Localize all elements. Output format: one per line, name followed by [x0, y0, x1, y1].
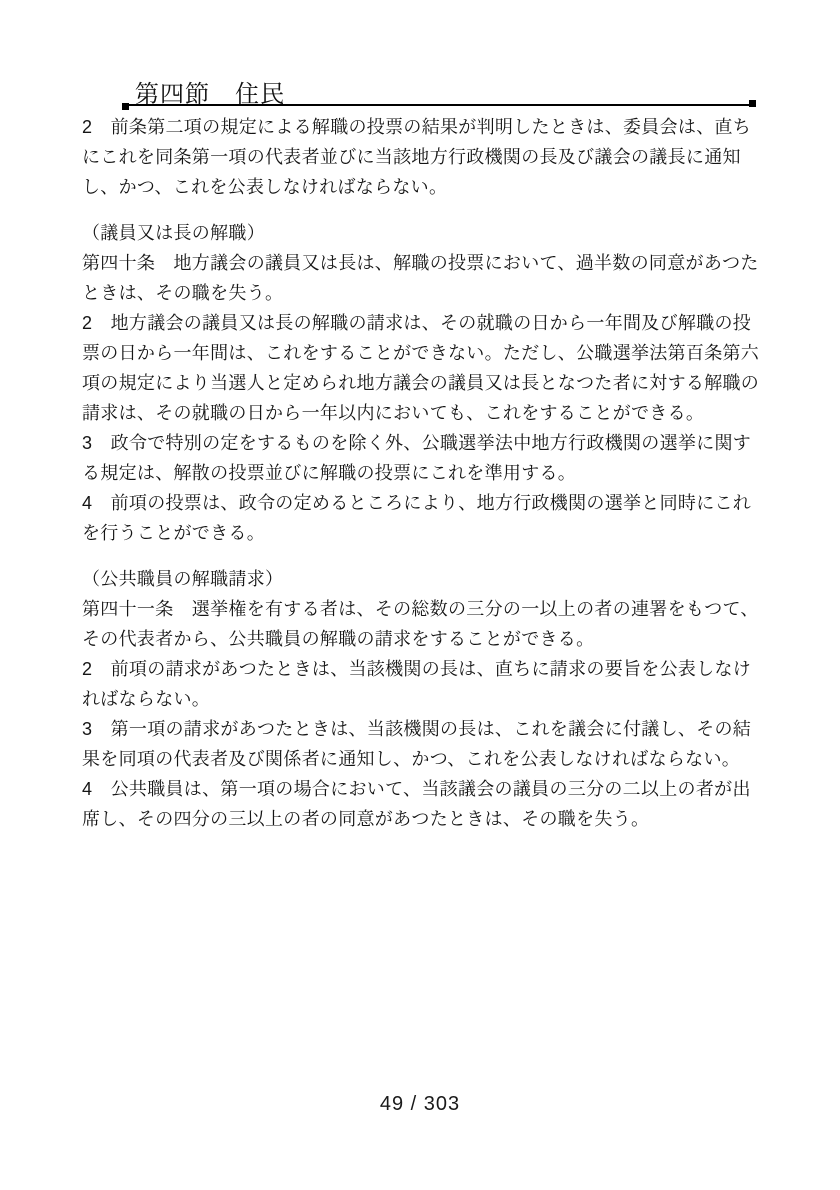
page-footer: 49 / 303: [0, 1093, 840, 1116]
heading-underline: [127, 104, 756, 106]
article-subheading: （公共職員の解職請求）: [82, 564, 760, 594]
underline-handle-left-icon: [122, 103, 129, 110]
paragraph-spacer: [82, 202, 760, 218]
paragraph: 3 第一項の請求があつたときは、当該機関の長は、これを議会に付議し、その結果を同…: [82, 714, 760, 774]
paragraph: 3 政令で特別の定をするものを除く外、公職選挙法中地方行政機関の選挙に関する規定…: [82, 428, 760, 488]
paragraph: 2 前条第二項の規定による解職の投票の結果が判明したときは、委員会は、直ちにこれ…: [82, 112, 760, 202]
body-text: 2 前条第二項の規定による解職の投票の結果が判明したときは、委員会は、直ちにこれ…: [82, 112, 760, 834]
paragraph: 第四十一条 選挙権を有する者は、その総数の三分の一以上の者の連署をもつて、その代…: [82, 594, 760, 654]
paragraph: 4 公共職員は、第一項の場合において、当該議会の議員の三分の二以上の者が出席し、…: [82, 774, 760, 834]
article-subheading: （議員又は長の解職）: [82, 218, 760, 248]
paragraph: 2 地方議会の議員又は長の解職の請求は、その就職の日から一年間及び解職の投票の日…: [82, 308, 760, 428]
underline-handle-right-icon: [749, 100, 756, 107]
page-number: 49 / 303: [380, 1093, 460, 1115]
document-page: { "document": { "section_heading": "第四節 …: [0, 0, 840, 1190]
paragraph: 2 前項の請求があつたときは、当該機関の長は、直ちに請求の要旨を公表しなければな…: [82, 654, 760, 714]
paragraph: 第四十条 地方議会の議員又は長は、解職の投票において、過半数の同意があつたときは…: [82, 248, 760, 308]
paragraph: 4 前項の投票は、政令の定めるところにより、地方行政機関の選挙と同時にこれを行う…: [82, 488, 760, 548]
paragraph-spacer: [82, 548, 760, 564]
